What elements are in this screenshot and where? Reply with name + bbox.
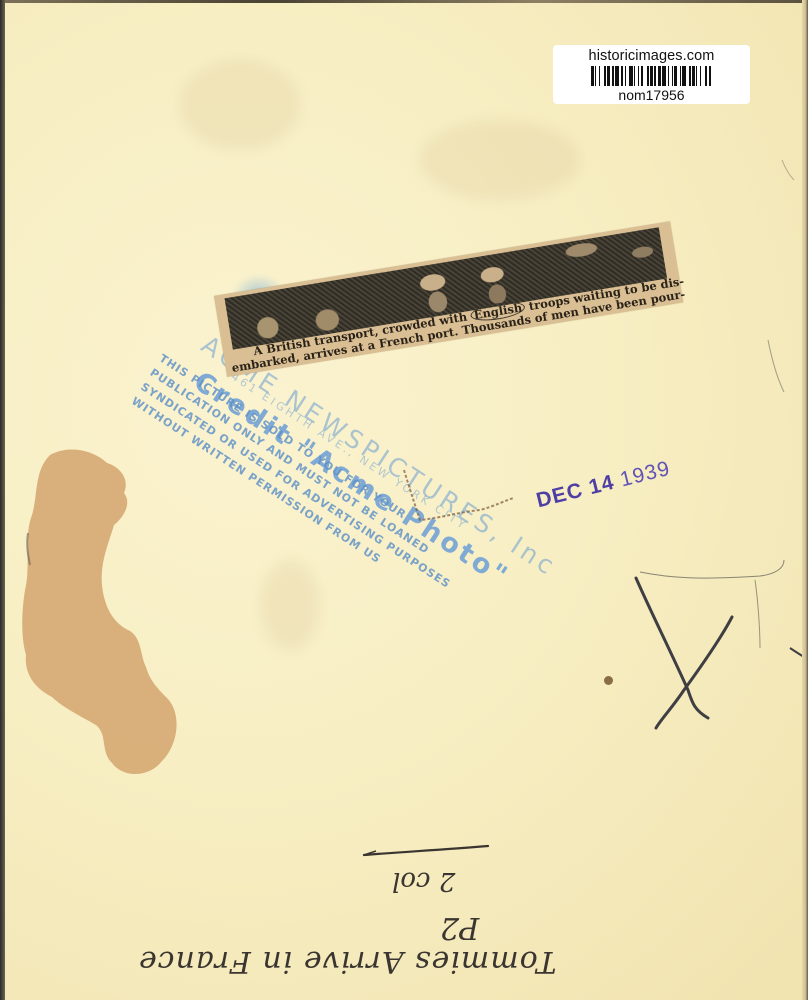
smudge [260, 560, 320, 650]
handwritten-title: Tommies Arrive in France [138, 944, 556, 979]
label-site: historicimages.com [553, 48, 750, 64]
date-month-day: DEC 14 [534, 471, 617, 513]
smudge [420, 120, 580, 200]
label-id: nom17956 [553, 87, 750, 103]
smudge [180, 60, 300, 150]
newspaper-clipping: A British transport, crowded with Englis… [214, 221, 683, 377]
right-edge [802, 0, 808, 1000]
left-edge [0, 0, 5, 1000]
barcode-label: historicimages.com nom17956 [553, 45, 750, 104]
ink-dot [604, 676, 613, 685]
date-year: 1939 [618, 457, 673, 492]
handwritten-column-note: 2 col [392, 866, 455, 896]
handwritten-page-note: P2 [440, 910, 479, 945]
photo-back: ACME NEWSPICTURES, Inc 461 EIGHTH AVE., … [0, 0, 808, 1000]
barcode-icon [573, 66, 731, 86]
date-stamp: DEC 14 1939 [534, 457, 673, 513]
water-stain [12, 445, 182, 780]
notice-line: THIS PICTURE IS SOLD TO YOU FOR YOUR [156, 350, 473, 564]
top-edge [0, 0, 808, 3]
